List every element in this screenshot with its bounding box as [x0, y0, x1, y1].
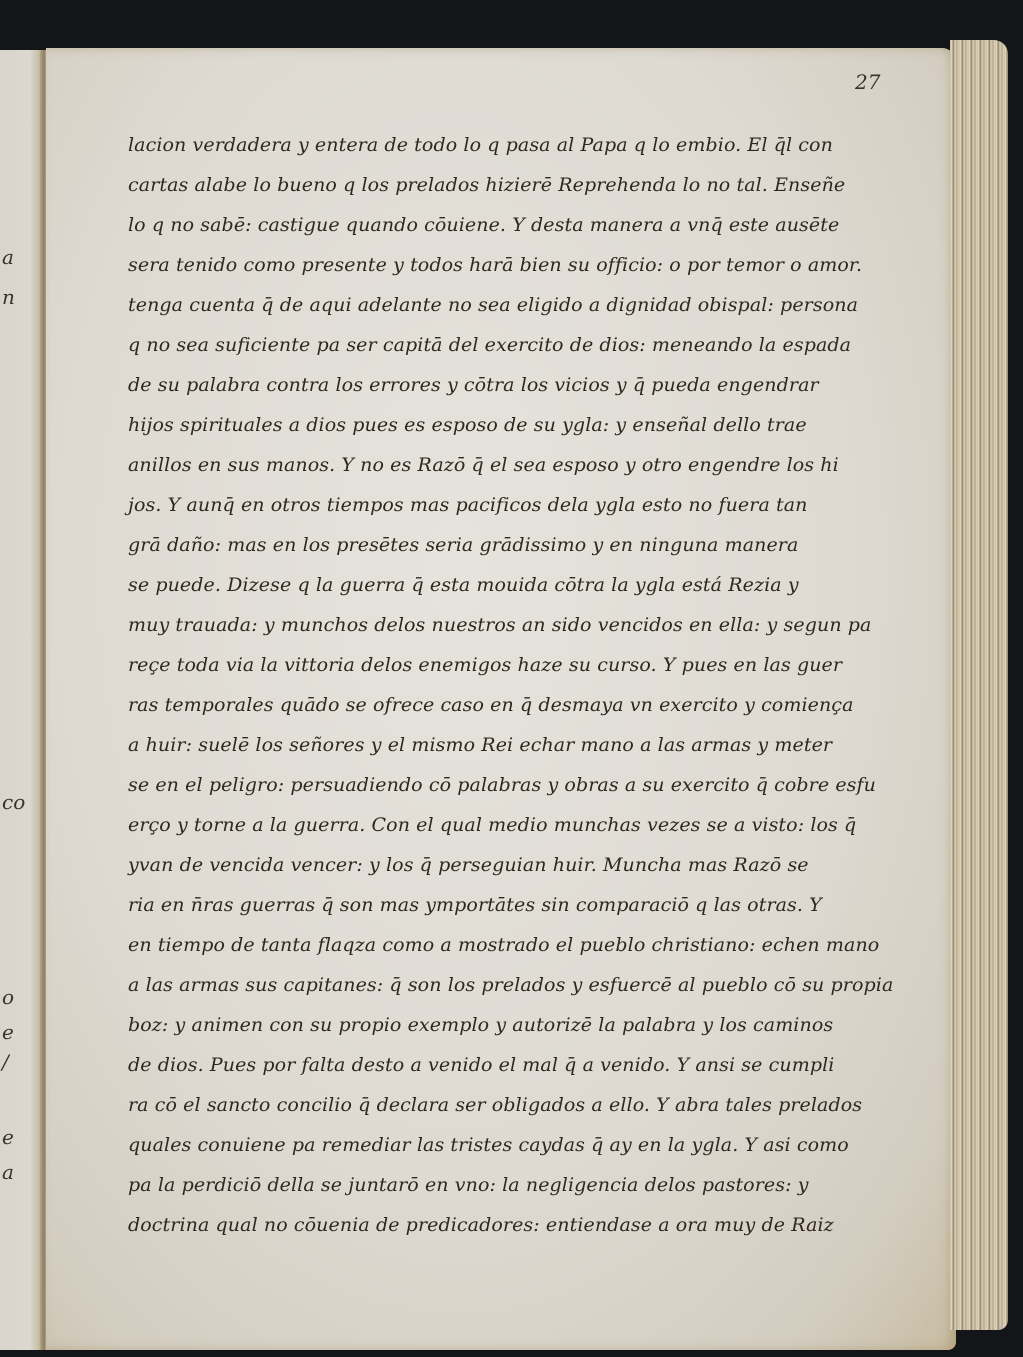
manuscript-line: a huir: suelē los señores y el mismo Rei…: [128, 725, 918, 765]
margin-fragment: a: [2, 1160, 14, 1184]
manuscript-line: q no sea suficiente pa ser capitā del ex…: [128, 325, 918, 365]
manuscript-line: en tiempo de tanta flaqza como a mostrad…: [128, 925, 918, 965]
manuscript-line: muy trauada: y munchos delos nuestros an…: [128, 605, 918, 645]
manuscript-line: de su palabra contra los errores y cōtra…: [128, 365, 918, 405]
manuscript-line: ras temporales quādo se ofrece caso en q…: [128, 685, 918, 725]
manuscript-line: jos. Y aunq̄ en otros tiempos mas pacifi…: [128, 485, 918, 525]
folio-number: 27: [855, 70, 880, 94]
manuscript-line: ra cō el sancto concilio q̄ declara ser …: [128, 1085, 918, 1125]
manuscript-line: yvan de vencida vencer: y los q̄ persegu…: [128, 845, 918, 885]
manuscript-line: se en el peligro: persuadiendo cō palabr…: [128, 765, 918, 805]
margin-fragment: co: [2, 790, 25, 814]
manuscript-line: a las armas sus capitanes: q̄ son los pr…: [128, 965, 918, 1005]
manuscript-line: de dios. Pues por falta desto a venido e…: [128, 1045, 918, 1085]
manuscript-line: cartas alabe lo bueno q los prelados hiz…: [128, 165, 918, 205]
margin-fragment: e: [2, 1020, 14, 1044]
page-fore-edge: [950, 40, 1008, 1330]
margin-fragment: a: [2, 245, 14, 269]
margin-fragment: /: [2, 1050, 9, 1074]
manuscript-line: hijos spirituales a dios pues es esposo …: [128, 405, 918, 445]
manuscript-line: se puede. Dizese q la guerra q̄ esta mou…: [128, 565, 918, 605]
manuscript-line: lacion verdadera y entera de todo lo q p…: [128, 125, 918, 165]
manuscript-line: erço y torne a la guerra. Con el qual me…: [128, 805, 918, 845]
manuscript-line: reçe toda via la vittoria delos enemigos…: [128, 645, 918, 685]
manuscript-line: pa la perdiciō della se juntarō en vno: …: [128, 1165, 918, 1205]
manuscript-spread: ancooe/ea 27 lacion verdadera y entera d…: [0, 0, 1023, 1357]
manuscript-line: tenga cuenta q̄ de aqui adelante no sea …: [128, 285, 918, 325]
manuscript-line: sera tenido como presente y todos harā b…: [128, 245, 918, 285]
margin-fragment: e: [2, 1125, 14, 1149]
manuscript-line: lo q no sabē: castigue quando cōuiene. Y…: [128, 205, 918, 245]
margin-fragment: o: [2, 985, 14, 1009]
manuscript-line: doctrina qual no cōuenia de predicadores…: [128, 1205, 918, 1245]
manuscript-text-block: lacion verdadera y entera de todo lo q p…: [128, 125, 918, 1245]
manuscript-line: quales conuiene pa remediar las tristes …: [128, 1125, 918, 1165]
manuscript-line: anillos en sus manos. Y no es Razō q̄ el…: [128, 445, 918, 485]
manuscript-line: grā daño: mas en los presētes seria grād…: [128, 525, 918, 565]
manuscript-line: ria en n̄ras guerras q̄ son mas ymportāt…: [128, 885, 918, 925]
manuscript-line: boz: y animen con su propio exemplo y au…: [128, 1005, 918, 1045]
margin-fragment: n: [2, 285, 15, 309]
